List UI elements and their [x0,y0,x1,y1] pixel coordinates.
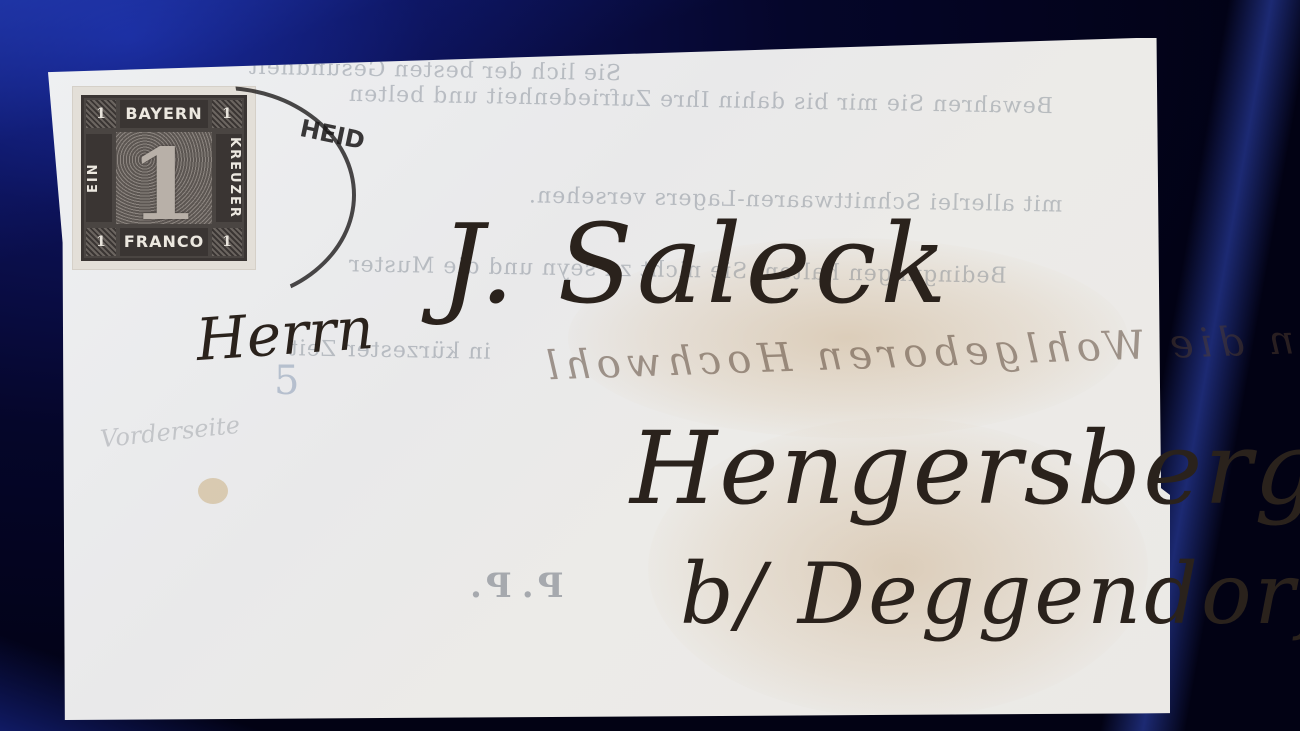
bavaria-one-kreuzer-stamp: 1 1 1 1 BAYERN FRANCO EIN KREUZER 1 [72,86,256,270]
stamp-left-text: EIN [86,134,112,222]
stamp-corner: 1 [86,228,116,256]
stamp-right-text: KREUZER [216,134,242,222]
address-town: Hengersberg [630,410,1300,527]
spot-stain [198,478,228,504]
pencil-note: Vorderseite [99,411,241,453]
show-through-pp-mark: P.P. [460,566,564,606]
stamp-center-field: 1 [116,132,212,224]
stamp-top-text: BAYERN [120,100,208,128]
stamp-corner: 1 [212,228,242,256]
address-salutation: Herrn [194,294,376,374]
show-through-line: Sie lich der besten Gesundheit [248,55,621,87]
stamp-corner: 1 [86,100,116,128]
stamp-corner: 1 [212,100,242,128]
stamp-frame: 1 1 1 1 BAYERN FRANCO EIN KREUZER 1 [81,95,247,261]
show-through-line: Bewahren Sie mir bis dahin Ihre Zufriede… [348,82,1053,119]
stamp-numeral: 1 [116,128,212,243]
address-recipient-name: J. Saleck [440,200,951,328]
address-region: b/ Deggendorf. [680,545,1300,643]
